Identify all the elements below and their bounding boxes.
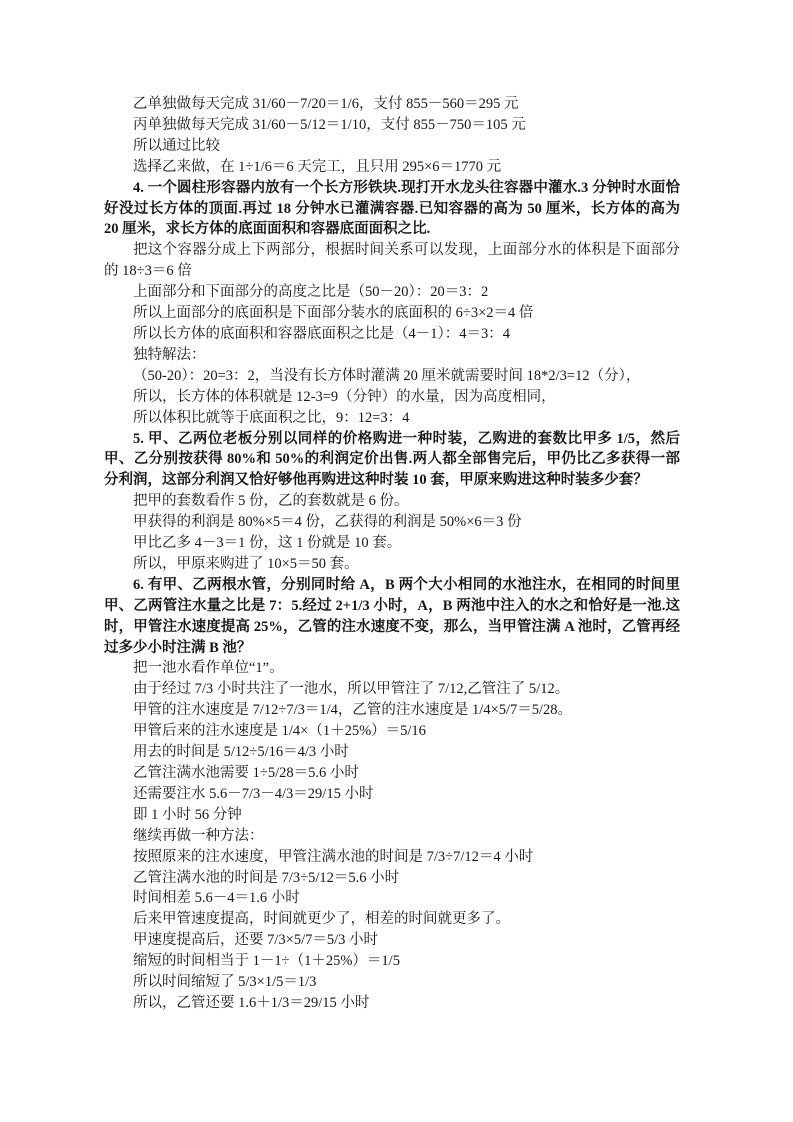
solution-line: 所以体积比就等于底面积之比，9：12=3：4 — [104, 408, 680, 429]
solution-line: 还需要注水 5.6－7/3－4/3＝29/15 小时 — [104, 784, 680, 805]
solution-line: 缩短的时间相当于 1－1÷（1＋25%）＝1/5 — [104, 951, 680, 972]
solution-line: 把一池水看作单位“1”。 — [104, 658, 680, 679]
solution-line: 独特解法： — [104, 345, 680, 366]
solution-line: 继续再做一种方法： — [104, 826, 680, 847]
problem-statement: 4. 一个圆柱形容器内放有一个长方形铁块.现打开水龙头往容器中灌水.3 分钟时水… — [104, 178, 680, 241]
solution-line: 把这个容器分成上下两部分，根据时间关系可以发现，上面部分水的体积是下面部分的 1… — [104, 240, 680, 282]
solution-line: 由于经过 7/3 小时共注了一池水，所以甲管注了 7/12,乙管注了 5/12。 — [104, 679, 680, 700]
solution-line: 甲比乙多 4－3＝1 份，这 1 份就是 10 套。 — [104, 533, 680, 554]
solution-line: 所以，甲原来购进了 10×5＝50 套。 — [104, 554, 680, 575]
solution-line: 甲获得的利润是 80%×5＝4 份，乙获得的利润是 50%×6＝3 份 — [104, 512, 680, 533]
solution-line: 丙单独做每天完成 31/60－5/12＝1/10，支付 855－750＝105 … — [104, 115, 680, 136]
solution-line: 甲管后来的注水速度是 1/4×（1＋25%）＝5/16 — [104, 721, 680, 742]
solution-line: 即 1 小时 56 分钟 — [104, 805, 680, 826]
solution-line: 甲管的注水速度是 7/12÷7/3＝1/4，乙管的注水速度是 1/4×5/7＝5… — [104, 700, 680, 721]
solution-line: 用去的时间是 5/12÷5/16＝4/3 小时 — [104, 742, 680, 763]
document-page: 乙单独做每天完成 31/60－7/20＝1/6，支付 855－560＝295 元… — [0, 0, 793, 1122]
solution-line: 所以上面部分的底面积是下面部分装水的底面积的 6÷3×2＝4 倍 — [104, 303, 680, 324]
solution-line: 所以通过比较 — [104, 136, 680, 157]
solution-line: 上面部分和下面部分的高度之比是（50－20）：20＝3：2 — [104, 282, 680, 303]
solution-line: 后来甲管速度提高，时间就更少了，相差的时间就更多了。 — [104, 909, 680, 930]
document-text-block: 乙单独做每天完成 31/60－7/20＝1/6，支付 855－560＝295 元… — [104, 94, 680, 1014]
solution-line: （50-20）：20=3：2，当没有长方体时灌满 20 厘米就需要时间 18*2… — [104, 366, 680, 387]
solution-line: 时间相差 5.6－4＝1.6 小时 — [104, 888, 680, 909]
problem-statement: 6. 有甲、乙两根水管，分别同时给 A，B 两个大小相同的水池注水，在相同的时间… — [104, 575, 680, 659]
solution-line: 所以，长方体的体积就是 12-3=9（分钟）的水量，因为高度相同， — [104, 387, 680, 408]
solution-line: 乙管注满水池的时间是 7/3÷5/12＝5.6 小时 — [104, 868, 680, 889]
solution-line: 乙管注满水池需要 1÷5/28＝5.6 小时 — [104, 763, 680, 784]
solution-line: 选择乙来做，在 1÷1/6＝6 天完工，且只用 295×6＝1770 元 — [104, 157, 680, 178]
solution-line: 所以，乙管还要 1.6＋1/3＝29/15 小时 — [104, 993, 680, 1014]
solution-line: 所以时间缩短了 5/3×1/5＝1/3 — [104, 972, 680, 993]
solution-line: 所以长方体的底面积和容器底面积之比是（4－1）：4＝3：4 — [104, 324, 680, 345]
solution-line: 按照原来的注水速度，甲管注满水池的时间是 7/3÷7/12＝4 小时 — [104, 847, 680, 868]
solution-line: 甲速度提高后，还要 7/3×5/7＝5/3 小时 — [104, 930, 680, 951]
solution-line: 把甲的套数看作 5 份，乙的套数就是 6 份。 — [104, 491, 680, 512]
solution-line: 乙单独做每天完成 31/60－7/20＝1/6，支付 855－560＝295 元 — [104, 94, 680, 115]
problem-statement: 5. 甲、乙两位老板分别以同样的价格购进一种时装，乙购进的套数比甲多 1/5，然… — [104, 429, 680, 492]
